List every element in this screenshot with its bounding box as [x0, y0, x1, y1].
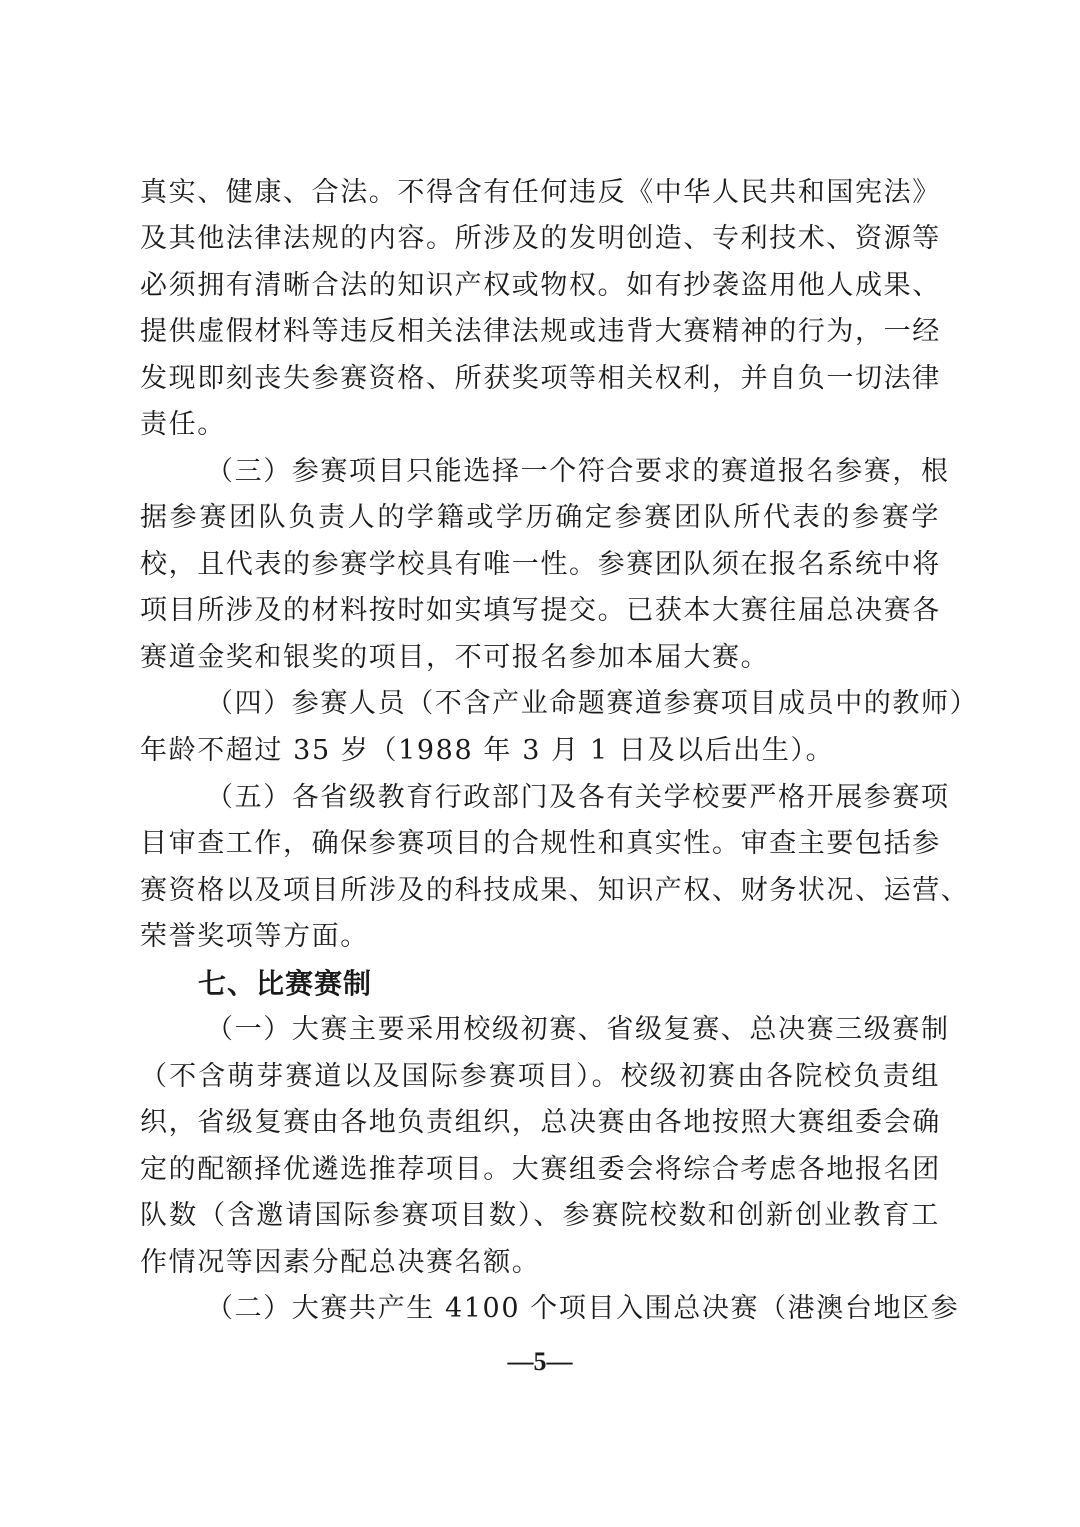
- text-line: 定的配额择优遴选推荐项目。大赛组委会将综合考虑各地报名团: [140, 1150, 940, 1190]
- text-line: 及其他法律法规的内容。所涉及的发明创造、专利技术、资源等: [140, 219, 940, 259]
- text-line: 提供虚假材料等违反相关法律法规或违背大赛精神的行为，一经: [140, 312, 940, 352]
- text-line: 赛道金奖和银奖的项目，不可报名参加本届大赛。: [140, 638, 940, 678]
- paragraph-3-first-line: （三）参赛项目只能选择一个符合要求的赛道报名参赛，根: [206, 452, 940, 492]
- section7-paragraph-2-first-line: （二）大赛共产生 4100 个项目入围总决赛（港澳台地区参: [206, 1289, 940, 1329]
- text-line: 真实、健康、合法。不得含有任何违反《中华人民共和国宪法》: [140, 173, 940, 213]
- document-page: 真实、健康、合法。不得含有任何违反《中华人民共和国宪法》 及其他法律法规的内容。…: [0, 0, 1080, 1527]
- text-line: 赛资格以及项目所涉及的科技成果、知识产权、财务状况、运营、: [140, 871, 940, 911]
- text-line: 必须拥有清晰合法的知识产权或物权。如有抄袭盗用他人成果、: [140, 266, 940, 306]
- section7-paragraph-1-first-line: （一）大赛主要采用校级初赛、省级复赛、总决赛三级赛制: [206, 1010, 940, 1050]
- text-line: 荣誉奖项等方面。: [140, 917, 940, 957]
- text-line: 发现即刻丧失参赛资格、所获奖项等相关权利，并自负一切法律: [140, 359, 940, 399]
- paragraph-4-first-line: （四）参赛人员（不含产业命题赛道参赛项目成员中的教师）: [206, 684, 940, 724]
- section-heading: 七、比赛赛制: [198, 964, 372, 1004]
- text-line: 织，省级复赛由各地负责组织，总决赛由各地按照大赛组委会确: [140, 1103, 940, 1143]
- text-line: 责任。: [140, 405, 940, 445]
- text-line: 项目所涉及的材料按时如实填写提交。已获本大赛往届总决赛各: [140, 591, 940, 631]
- page-number: —5—: [0, 1344, 1080, 1380]
- text-line: 年龄不超过 35 岁（1988 年 3 月 1 日及以后出生）。: [140, 731, 940, 771]
- text-line: 目审查工作，确保参赛项目的合规性和真实性。审查主要包括参: [140, 824, 940, 864]
- paragraph-5-first-line: （五）各省级教育行政部门及各有关学校要严格开展参赛项: [206, 778, 940, 818]
- text-line: 作情况等因素分配总决赛名额。: [140, 1243, 940, 1283]
- text-line: 据参赛团队负责人的学籍或学历确定参赛团队所代表的参赛学: [140, 498, 940, 538]
- text-line: （不含萌芽赛道以及国际参赛项目）。校级初赛由各院校负责组: [140, 1057, 940, 1097]
- text-line: 校，且代表的参赛学校具有唯一性。参赛团队须在报名系统中将: [140, 545, 940, 585]
- text-line: 队数（含邀请国际参赛项目数）、参赛院校数和创新创业教育工: [140, 1196, 940, 1236]
